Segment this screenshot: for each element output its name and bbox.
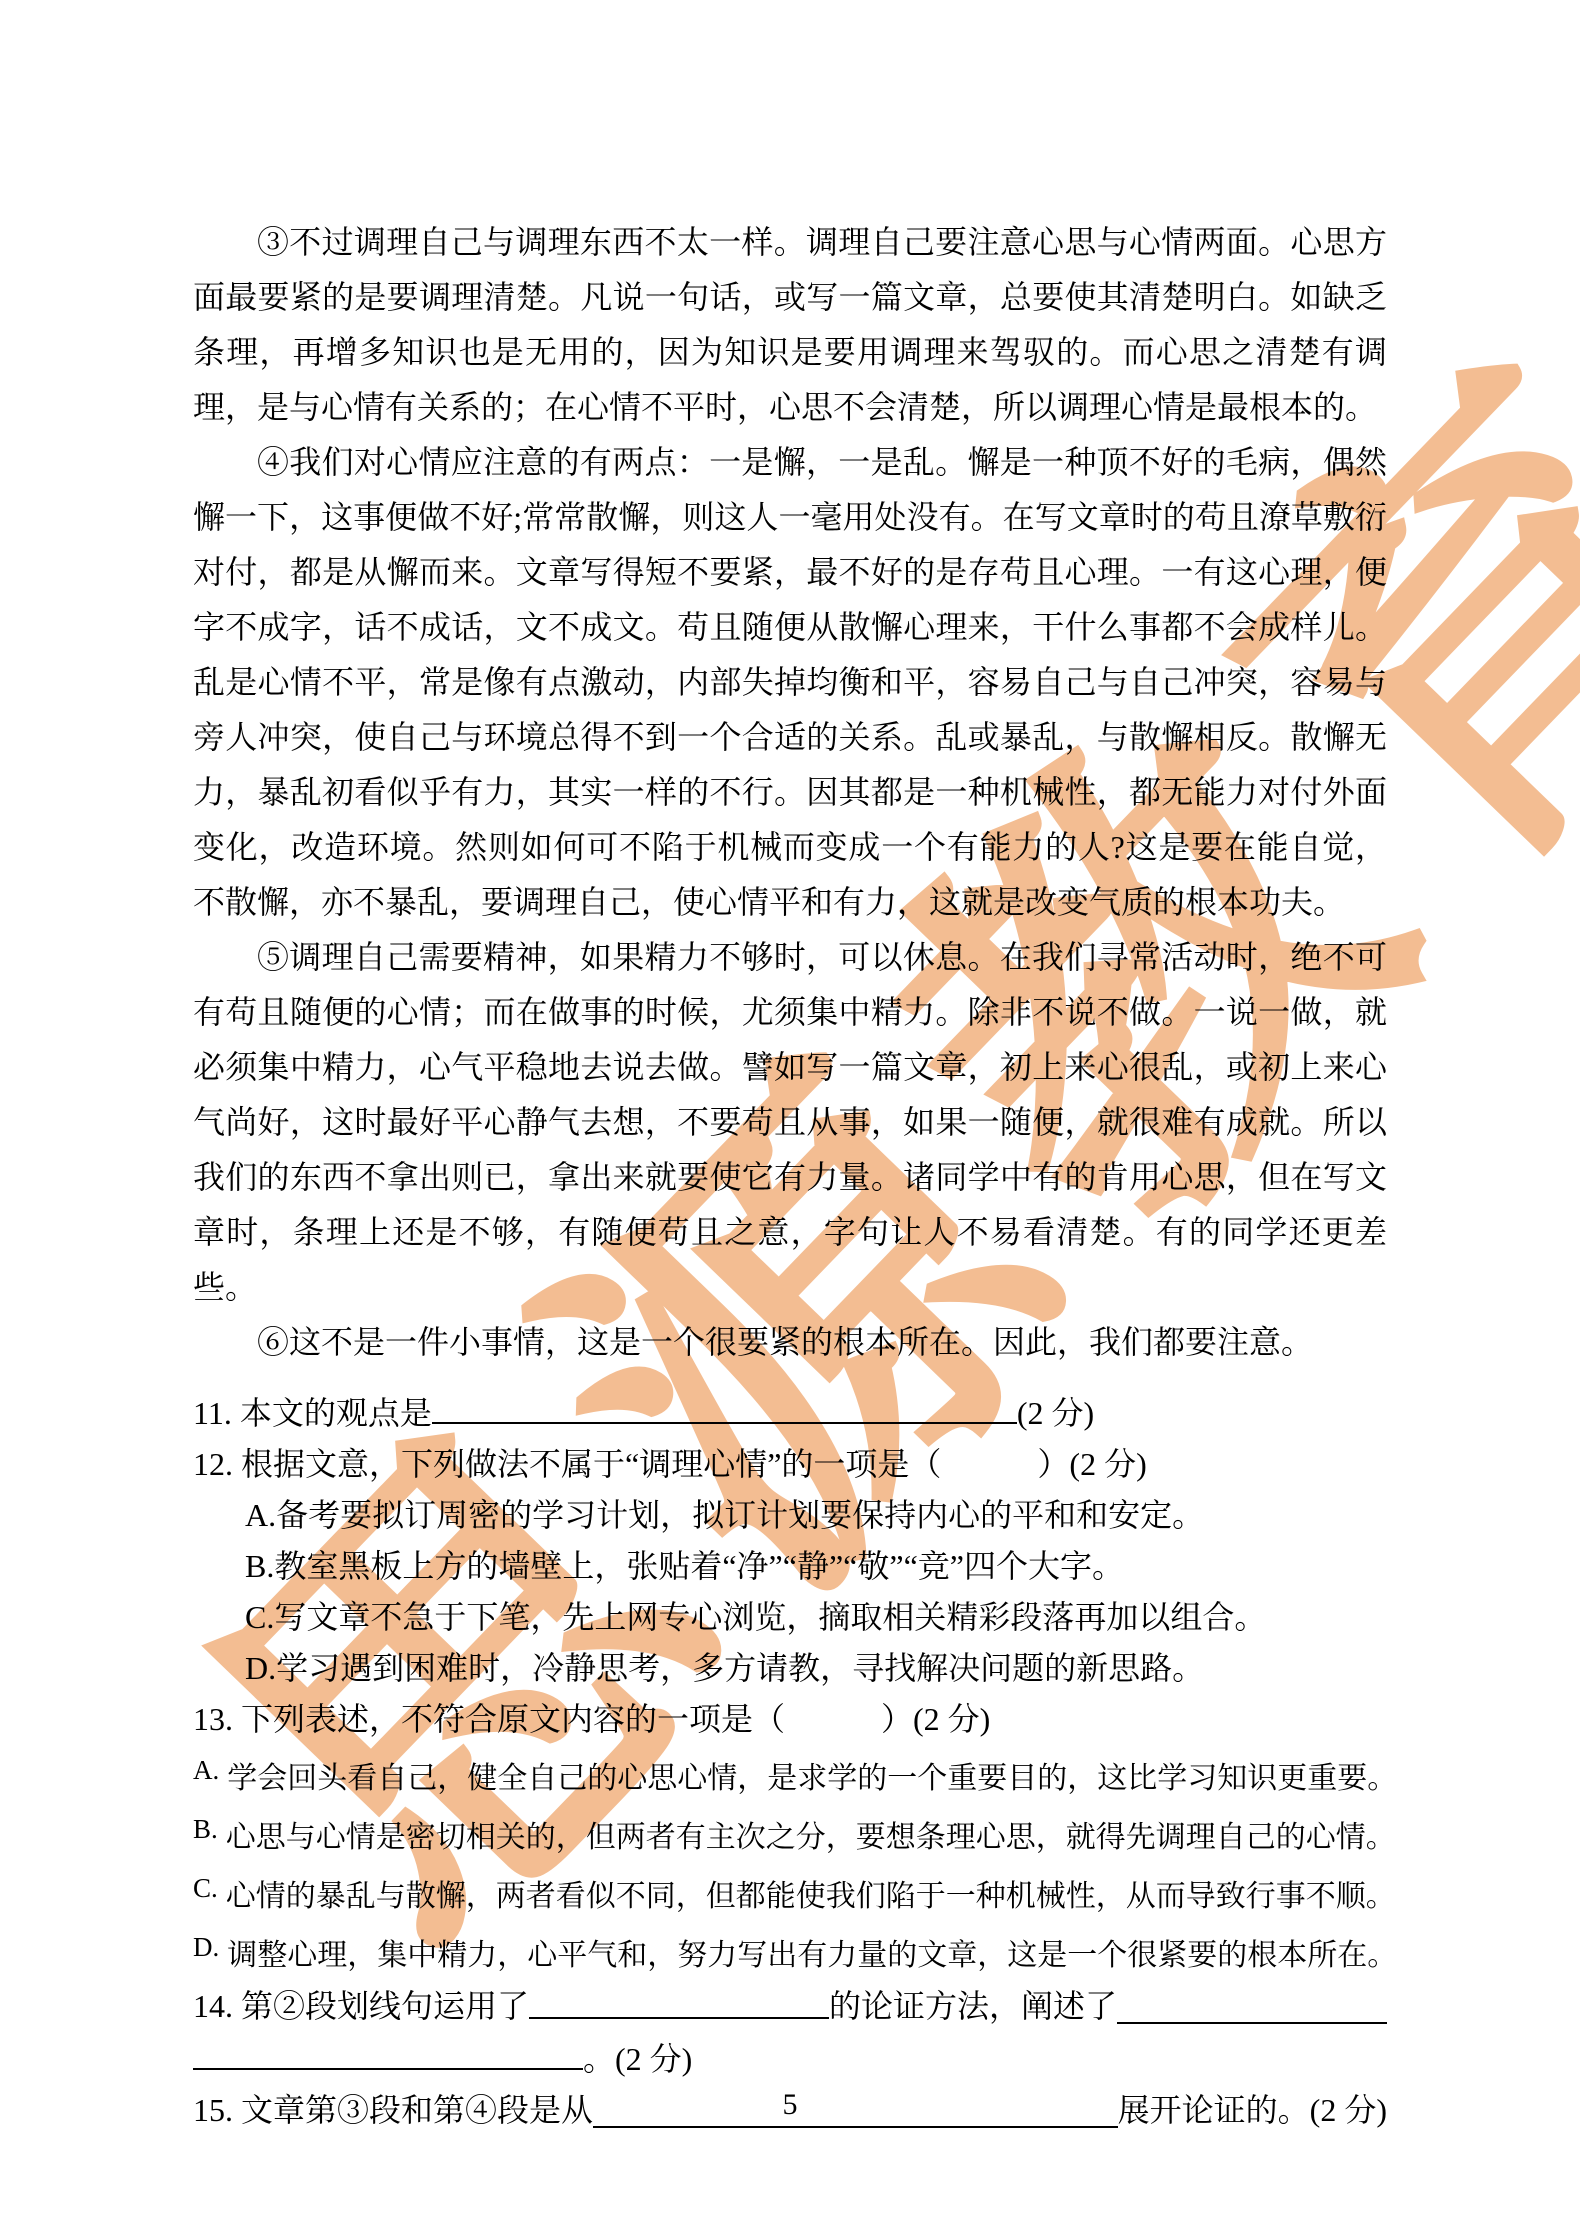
option-letter: D. <box>193 1932 219 1962</box>
passage-paragraph-3: ③不过调理自己与调理东西不太一样。调理自己要注意心思与心情两面。心思方面最要紧的… <box>193 215 1387 435</box>
exam-page: 思源教育 ③不过调理自己与调理东西不太一样。调理自己要注意心思与心情两面。心思方… <box>0 0 1580 2237</box>
question-12-option-d: D.学习遇到困难时，冷静思考，多方请教，寻找解决问题的新思路。 <box>193 1643 1387 1694</box>
question-13-stem: 13. 下列表述，不符合原文内容的一项是（ ）(2 分) <box>193 1694 1387 1745</box>
questions-section: 11. 本文的观点是(2 分) 12. 根据文意，下列做法不属于“调理心情”的一… <box>193 1386 1387 2136</box>
option-letter: B. <box>193 1814 218 1844</box>
question-13-option-a: A.学会回头看自己，健全自己的心思心情，是求学的一个重要目的，这比学习知识更重要… <box>193 1745 1387 1804</box>
option-letter: C. <box>245 1599 274 1635</box>
option-text: 学会回头看自己，健全自己的心思心情，是求学的一个重要目的，这比学习知识更重要。 <box>227 1762 1397 1795</box>
question-14-blank-line-2 <box>1117 1981 1387 2024</box>
option-text: 教室黑板上方的墙壁上，张贴着“净”“静”“敬”“竞”四个大字。 <box>274 1548 1124 1584</box>
question-13-option-d: D.调整心理，集中精力，心平气和，努力写出有力量的文章，这是一个很紧要的根本所在… <box>193 1922 1387 1981</box>
question-14-text-mid: 的论证方法，阐述了 <box>829 1981 1117 2032</box>
question-11-blank-line <box>432 1386 1017 1424</box>
question-14-blank-line-1 <box>529 1981 829 2019</box>
passage-paragraph-4: ④我们对心情应注意的有两点：一是懈，一是乱。懈是一种顶不好的毛病，偶然懈一下，这… <box>193 435 1387 930</box>
question-14-blank-line-3 <box>193 2032 583 2070</box>
question-12-option-a: A.备考要拟订周密的学习计划，拟订计划要保持内心的平和和安定。 <box>193 1490 1387 1541</box>
option-letter: D. <box>245 1650 276 1686</box>
question-14-line-2: 。(2 分) <box>193 2032 1387 2085</box>
option-text: 备考要拟订周密的学习计划，拟订计划要保持内心的平和和安定。 <box>276 1497 1204 1533</box>
passage-paragraph-5: ⑤调理自己需要精神，如果精力不够时，可以休息。在我们寻常活动时，绝不可有苟且随便… <box>193 930 1387 1315</box>
question-12-option-b: B.教室黑板上方的墙壁上，张贴着“净”“静”“敬”“竞”四个大字。 <box>193 1541 1387 1592</box>
question-15: 15. 文章第③段和第④段是从展开论证的。(2 分) <box>193 2085 1387 2136</box>
question-15-blank-line <box>593 2085 1118 2128</box>
question-11: 11. 本文的观点是(2 分) <box>193 1386 1387 1439</box>
question-15-score: 展开论证的。(2 分) <box>1118 2085 1387 2136</box>
question-13-option-c: C.心情的暴乱与散懈，两者看似不同，但都能使我们陷于一种机械性，从而导致行事不顺… <box>193 1863 1387 1922</box>
option-letter: B. <box>245 1548 274 1584</box>
option-letter: A. <box>193 1755 219 1785</box>
question-14-text: 14. 第②段划线句运用了 <box>193 1981 529 2032</box>
question-12-stem: 12. 根据文意，下列做法不属于“调理心情”的一项是（ ）(2 分) <box>193 1439 1387 1490</box>
passage-paragraph-6: ⑥这不是一件小事情，这是一个很要紧的根本所在。因此，我们都要注意。 <box>193 1315 1387 1370</box>
question-11-score: (2 分) <box>1017 1395 1094 1431</box>
option-letter: C. <box>193 1873 218 1903</box>
question-14-score: 。(2 分) <box>583 2041 692 2077</box>
question-15-text: 15. 文章第③段和第④段是从 <box>193 2085 593 2136</box>
question-13-option-b: B.心思与心情是密切相关的，但两者有主次之分，要想条理心思，就得先调理自己的心情… <box>193 1804 1387 1863</box>
option-text: 心思与心情是密切相关的，但两者有主次之分，要想条理心思，就得先调理自己的心情。 <box>226 1821 1396 1854</box>
option-text: 心情的暴乱与散懈，两者看似不同，但都能使我们陷于一种机械性，从而导致行事不顺。 <box>226 1880 1396 1913</box>
option-letter: A. <box>245 1497 276 1533</box>
option-text: 调整心理，集中精力，心平气和，努力写出有力量的文章，这是一个很紧要的根本所在。 <box>227 1939 1397 1972</box>
option-text: 写文章不急于下笔，先上网专心浏览，摘取相关精彩段落再加以组合。 <box>274 1599 1266 1635</box>
question-12-option-c: C.写文章不急于下笔，先上网专心浏览，摘取相关精彩段落再加以组合。 <box>193 1592 1387 1643</box>
option-text: 学习遇到困难时，冷静思考，多方请教，寻找解决问题的新思路。 <box>276 1650 1204 1686</box>
question-14-line-1: 14. 第②段划线句运用了的论证方法，阐述了 <box>193 1981 1387 2032</box>
reading-passage-and-questions: ③不过调理自己与调理东西不太一样。调理自己要注意心思与心情两面。心思方面最要紧的… <box>0 0 1580 2136</box>
question-11-text: 11. 本文的观点是 <box>193 1395 432 1431</box>
